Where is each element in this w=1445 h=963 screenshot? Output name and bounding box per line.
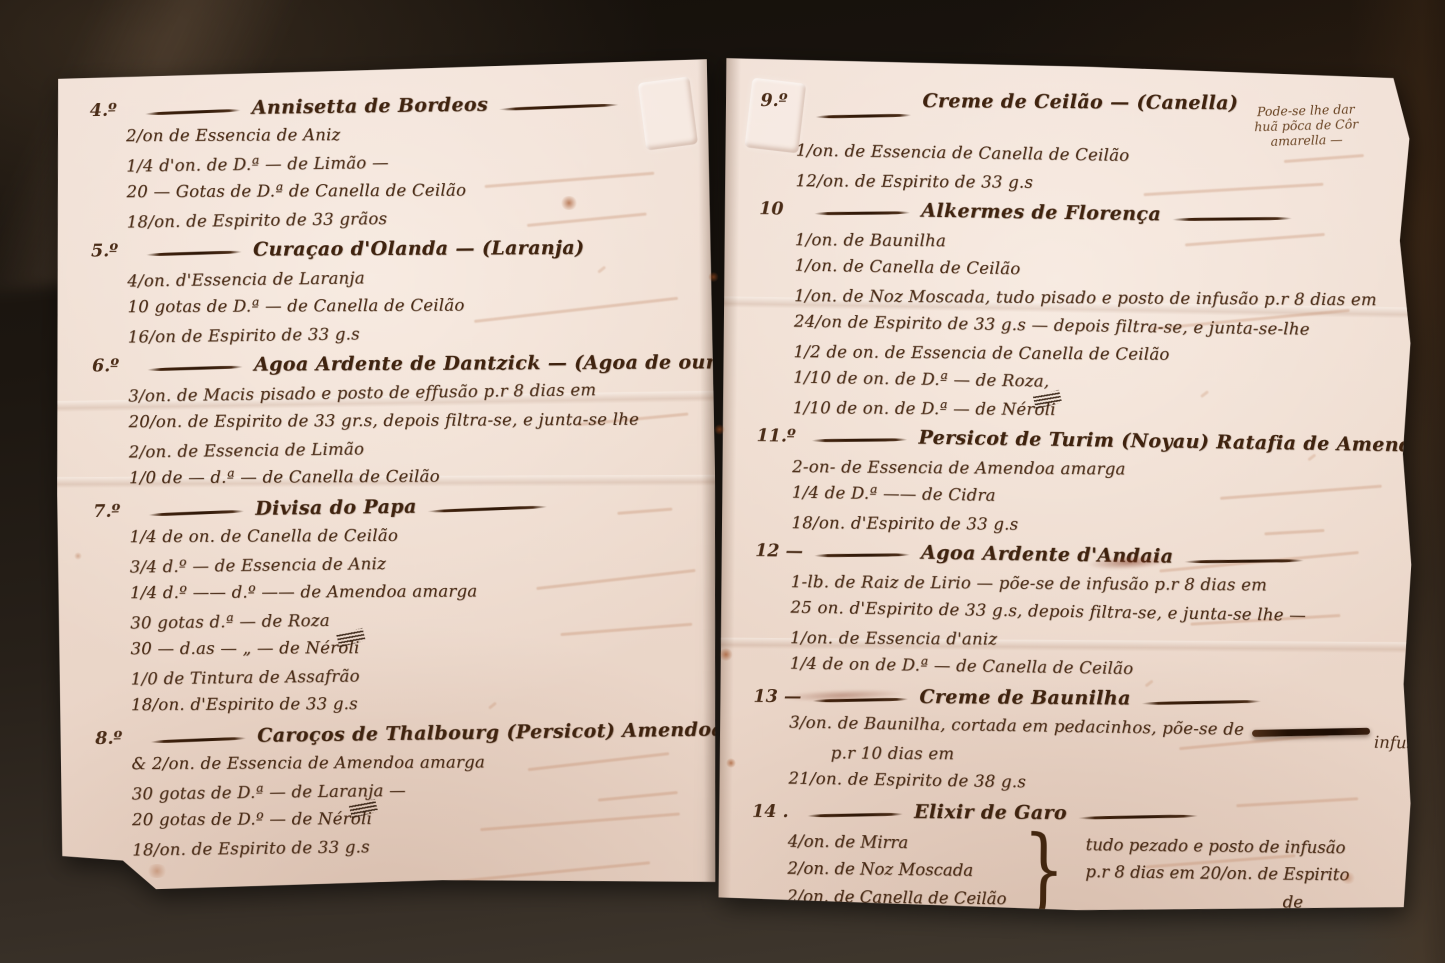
ingredient-text: & 2/on. de Essencia de Amendoa amarga	[131, 748, 485, 778]
paper-surface: 9.ºCreme de Ceilão — (Canella)Pode-se lh…	[715, 54, 1420, 914]
manuscript-text-column: 9.ºCreme de Ceilão — (Canella)Pode-se lh…	[751, 82, 1402, 898]
ingredient-text: tudo pezado e posto de infusão	[1086, 831, 1350, 862]
ingredient-line: 18/on. de Espirito de 33 grãos	[91, 201, 695, 237]
recipe-number: 11.º	[756, 422, 800, 451]
ingredient-text: 1/10 de on. de D.ª — de Néroli	[793, 394, 1056, 424]
recipe-number: 8.º	[95, 724, 139, 753]
ingredient-text: 2/on. de Noz Moscada	[787, 855, 1007, 885]
ingredient-text: 1/4 de D.ª —— de Cidra	[792, 479, 996, 510]
ingredient-text: 18/on. de Espirito de 33 g.s	[132, 833, 370, 864]
recipe-number: 4.º	[90, 96, 134, 125]
brace-left-column: 4/on. de Mirra2/on. de Noz Moscada2/on. …	[787, 827, 1007, 912]
ink-flourish-dash	[1172, 217, 1292, 221]
curly-brace: }	[1023, 828, 1066, 912]
ingredient-text: 1/10 de on. de D.ª — de Roza,	[793, 364, 1050, 396]
ingredient-text: 2/on de Essencia de Aniz	[126, 121, 341, 150]
recipe-title: Agoa Ardente d'Andaia	[921, 539, 1174, 571]
ingredient-text: 12/on. de Espirito de 33 g.s	[795, 167, 1033, 197]
center-seam-shadow	[715, 54, 741, 906]
photo-backdrop: 4.ºAnnisetta de Bordeos2/on de Essencia …	[0, 0, 1445, 963]
ingredient-text: 1/0 de — d.ª — de Canella de Ceilão	[129, 463, 440, 493]
recipe-heading: 9.ºCreme de Ceilão — (Canella)Pode-se lh…	[760, 86, 1401, 143]
ingredient-text: p.r 10 dias em	[831, 739, 955, 768]
ingredient-line: 1/10 de on. de D.ª — de Néroli	[757, 394, 1398, 426]
ingredient-text: 3/4 d.º — de Essencia de Aniz	[130, 550, 387, 581]
ingredient-text: 1/on. de Canella de Ceilão	[794, 252, 1020, 284]
ingredient-text: 4/on. d'Essencia de Laranja	[127, 264, 365, 295]
ingredient-text: 18/on. de Espirito de 33 grãos	[127, 205, 388, 237]
ingredient-line: 18/on. d'Espirito de 33 g.s	[755, 509, 1396, 541]
recipe-number: 6.º	[92, 352, 136, 380]
ingredient-text: de	[1283, 888, 1304, 916]
ingredient-text: 20 — Gotas de D.ª de Canella de Ceilão	[126, 177, 466, 207]
recipe-title: Divisa do Papa	[255, 493, 417, 523]
ingredient-line: 12/on. de Espirito de 33 g.s	[759, 167, 1400, 199]
ingredient-line: 16/on de Espirito de 33 g.s	[92, 316, 696, 352]
center-seam-shadow	[697, 59, 718, 885]
ink-flourish-dash	[812, 698, 908, 702]
ink-flourish-dash	[1078, 815, 1198, 820]
paper-surface: 4.ºAnnisetta de Bordeos2/on de Essencia …	[53, 59, 718, 891]
ingredient-text: 1/4 de on. de Canella de Ceilão	[129, 522, 398, 551]
ingredient-text: 4/on. de Mirra	[788, 827, 1008, 857]
manuscript-text-column: 4.ºAnnisetta de Bordeos2/on de Essencia …	[90, 87, 701, 874]
recipe-number: 9.º	[760, 87, 804, 115]
ingredient-text: 2/on. de Canella de Ceilão	[787, 882, 1007, 912]
ink-flourish-dash	[811, 438, 907, 442]
manuscript-page-left: 4.ºAnnisetta de Bordeos2/on de Essencia …	[53, 59, 718, 891]
ingredient-text: 1/4 de on de D.ª — de Canella de Ceilão	[790, 650, 1134, 683]
recipe-number: 12 —	[755, 537, 803, 566]
ingredient-text: 16/on de Espirito de 33 g.s	[128, 320, 360, 351]
ingredient-line: 18/on. de Espirito de 33 g.s	[96, 829, 700, 865]
braced-ingredient-group: 4/on. de Mirra2/on. de Noz Moscada2/on. …	[787, 827, 1393, 918]
ingredient-text: p.r 8 dias em 20/on. de Espirito	[1085, 858, 1349, 889]
recipe-number: 13 —	[753, 683, 801, 711]
ingredient-text: 30 gotas d.ª — de Roza	[130, 607, 330, 638]
ingredient-text: 30 — d.as — „ — de Néroli	[130, 634, 359, 663]
ink-flourish-dash	[428, 505, 548, 512]
ink-flourish-dash	[150, 737, 246, 743]
ingredient-line: 18/on. d'Espirito de 33 g.s	[95, 688, 699, 719]
recipe-title: Annisetta de Bordeos	[252, 91, 489, 122]
recipe-number: 14 .	[752, 798, 796, 826]
ingredient-text: 1/on. de Essencia de Canella de Ceilão	[796, 137, 1130, 170]
ingredient-text: 18/on. d'Espirito de 33 g.s	[131, 690, 358, 719]
ingredient-text: 18/on. d'Espirito de 33 g.s	[791, 509, 1018, 539]
recipe-heading: 14 .Elixir de Garo	[752, 797, 1393, 830]
ink-flourish-dash	[1184, 559, 1304, 563]
brace-right-column: tudo pezado e posto de infusãop.r 8 dias…	[1085, 831, 1350, 917]
ink-flourish-dash	[814, 553, 910, 557]
ingredient-text: 21/on. de Espirito de 38 g.s	[788, 765, 1026, 797]
ink-flourish-dash	[499, 103, 619, 110]
ingredient-text: 10 gotas de D.ª — de Canella de Ceilão	[127, 292, 464, 322]
recipe-number: 5.º	[91, 237, 135, 265]
ink-flourish-dash	[807, 813, 903, 817]
recipe-title: Curaçao d'Olanda — (Laranja)	[253, 234, 585, 264]
recipe-number: 7.º	[93, 497, 137, 526]
ink-flourish-dash	[814, 211, 910, 215]
recipe-number: 10	[759, 195, 803, 224]
ink-flourish-dash	[146, 251, 242, 257]
ingredient-text: 2/on. de Essencia de Limão	[129, 435, 365, 466]
ink-strikethrough-blot	[1252, 727, 1370, 736]
ink-bleedthrough-layer	[725, 54, 1420, 62]
recipe-title: Alkermes de Florença	[921, 197, 1161, 229]
ink-flourish-dash	[145, 109, 241, 115]
ingredient-text: 1/4 d.º —— d.º —— de Amendoa amarga	[130, 578, 478, 608]
ink-flourish-dash	[815, 114, 911, 118]
manuscript-page-right: 9.ºCreme de Ceilão — (Canella)Pode-se lh…	[715, 54, 1420, 914]
ingredient-text: 1/on. de Baunilha	[795, 226, 946, 255]
ingredient-text: 3/on. de Baunilha, cortada em pedacinhos…	[789, 709, 1244, 744]
ingredient-text: 1/0 de Tintura de Assafrão	[131, 662, 360, 693]
ingredient-text: 20 gotas de D.º — de Néroli	[132, 805, 372, 834]
ingredient-line: 1/0 de — d.ª — de Canella de Ceilão	[93, 461, 697, 492]
ink-flourish-dash	[1142, 700, 1262, 705]
recipe-title: Creme de Ceilão — (Canella)	[922, 87, 1238, 117]
ink-flourish-dash	[148, 510, 244, 516]
margin-note: Pode-se lhe darhuã põca de Côramarella —	[1253, 101, 1358, 149]
ink-flourish-dash	[147, 366, 243, 372]
recipe-title: Creme de Baunilha	[919, 683, 1131, 712]
ingredient-text: 1/4 d'on. de D.ª — de Limão —	[126, 149, 389, 181]
